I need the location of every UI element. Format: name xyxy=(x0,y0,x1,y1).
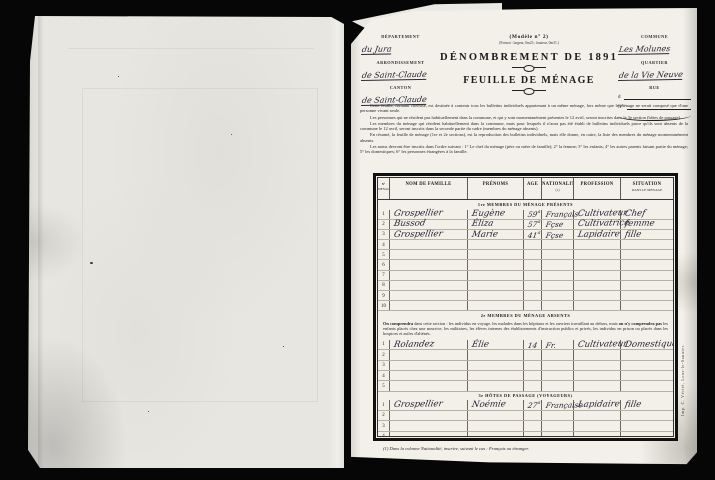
format-note: (Format : largeur, 0m23 ; hauteur, 0m31.… xyxy=(440,41,618,45)
cell-age xyxy=(524,432,542,438)
ornament-divider xyxy=(512,65,546,70)
table-row: 3 xyxy=(378,421,673,431)
cell-firstname xyxy=(468,350,524,359)
cell-profession: Cultivatrice xyxy=(574,220,621,229)
cell-situation xyxy=(621,240,673,249)
cell-age xyxy=(524,240,542,249)
cell-situation: Domestique xyxy=(621,340,673,349)
table-row: 9 xyxy=(378,291,673,301)
cell-situation xyxy=(621,432,673,438)
column-header-label: PRÉNOMS xyxy=(468,182,523,187)
age-unit: a xyxy=(537,210,541,215)
cell-profession xyxy=(574,250,621,259)
cell-firstname: Marie xyxy=(468,230,524,239)
column-header-label: N° xyxy=(378,182,389,186)
handwritten-nationality: Fçse xyxy=(545,230,564,239)
cell-situation xyxy=(621,250,673,259)
row-number-cell: 10 xyxy=(378,301,390,310)
cell-profession xyxy=(574,421,621,430)
cell-nationality: Fr. xyxy=(542,340,574,349)
instruction-paragraph: En résumé, la feuille de ménage (1re et … xyxy=(360,132,688,143)
cell-profession: Lapidaire xyxy=(574,400,621,409)
cell-firstname: Eugène xyxy=(468,210,524,219)
table-row: 2BussodÉliza57aFçseCultivatricefemme xyxy=(378,220,673,230)
cell-situation xyxy=(621,271,673,280)
cell-nationality xyxy=(542,361,574,370)
cell-profession: Cultivateur xyxy=(574,210,621,219)
cell-firstname xyxy=(468,371,524,380)
cell-nationality xyxy=(542,291,574,300)
street-letter-field: d xyxy=(618,93,691,100)
cell-nationality: Fçse xyxy=(542,230,574,239)
cell-profession xyxy=(574,281,621,290)
table-row: 2 xyxy=(378,411,673,421)
cell-firstname xyxy=(468,381,524,390)
handwritten-firstname: Éliza xyxy=(471,220,494,229)
handwritten-nationality: Français xyxy=(545,210,579,220)
cell-name xyxy=(390,371,468,380)
column-header-label: SITUATION xyxy=(621,182,673,187)
commune-field: COMMUNE Les Molunes xyxy=(618,34,691,57)
cell-age xyxy=(524,250,542,259)
age-unit: a xyxy=(537,220,541,225)
cell-age xyxy=(524,260,542,269)
cell-situation: fille xyxy=(621,230,673,239)
census-form-page: DÉPARTEMENT du Jura ARRONDISSEMENT de Sa… xyxy=(351,8,697,466)
handwritten-profession: Cultivateur xyxy=(577,340,628,350)
cell-age xyxy=(524,281,542,290)
cell-profession xyxy=(574,381,621,390)
cell-nationality xyxy=(542,381,574,390)
column-header: AGE xyxy=(524,178,542,199)
cell-name xyxy=(390,250,468,259)
row-number-cell: 2 xyxy=(378,411,390,420)
cell-nationality xyxy=(542,250,574,259)
cell-name xyxy=(390,381,468,390)
cell-nationality xyxy=(542,240,574,249)
row-number-cell: 1 xyxy=(378,340,390,349)
table-row: 6 xyxy=(378,260,673,270)
cell-profession xyxy=(574,361,621,370)
table-row: 7 xyxy=(378,271,673,281)
column-header-label: NOM DE FAMILLE xyxy=(390,182,467,187)
cell-profession xyxy=(574,240,621,249)
table-row: 4 xyxy=(378,371,673,381)
cell-profession xyxy=(574,350,621,359)
cell-name xyxy=(390,350,468,359)
cell-situation xyxy=(621,281,673,290)
cell-situation xyxy=(621,361,673,370)
row-number-cell: 9 xyxy=(378,291,390,300)
handwritten-age: 57a xyxy=(527,218,541,229)
show-through-line xyxy=(68,48,314,49)
census-table-inner: N°MÉNAGENOM DE FAMILLEPRÉNOMSAGENATIONAL… xyxy=(377,177,674,437)
cell-firstname: Élie xyxy=(468,340,524,349)
header-right-block: COMMUNE Les Molunes QUARTIER de la Vie N… xyxy=(618,34,693,104)
printer-imprint: Imp. C. Vérité, Lons-le-Saunier. xyxy=(680,246,685,416)
column-header: NATIONALITÉ(1) xyxy=(542,178,574,199)
cell-age xyxy=(524,381,542,390)
left-blank-page xyxy=(28,16,344,468)
cell-name xyxy=(390,271,468,280)
cell-firstname xyxy=(468,432,524,438)
cell-name: Grospellier xyxy=(390,400,468,409)
blank-line xyxy=(624,93,691,100)
instruction-paragraph: Les membres du ménage qui résident habit… xyxy=(360,121,688,132)
cell-name xyxy=(390,260,468,269)
handwritten-name: Grospellier xyxy=(393,230,443,240)
table-row: 4 xyxy=(378,240,673,250)
cell-name xyxy=(390,281,468,290)
cell-firstname xyxy=(468,361,524,370)
age-unit: a xyxy=(537,230,541,235)
cell-situation xyxy=(621,411,673,420)
cell-nationality xyxy=(542,371,574,380)
table-row: 4 xyxy=(378,432,673,438)
row-number-cell: 1 xyxy=(378,400,390,409)
table-row: 5 xyxy=(378,381,673,391)
cell-situation xyxy=(621,260,673,269)
section-note: On comprendra dans cette section : les i… xyxy=(378,320,673,340)
cell-name: Grospellier xyxy=(390,230,468,239)
row-number-cell: 8 xyxy=(378,281,390,290)
commune-value: Les Molunes xyxy=(618,44,671,55)
cell-profession: Lapidaire xyxy=(574,230,621,239)
row-number-cell: 1 xyxy=(378,210,390,219)
row-number-cell: 5 xyxy=(378,250,390,259)
paper-crease xyxy=(38,16,44,468)
cell-nationality xyxy=(542,411,574,420)
cell-name: Grospellier xyxy=(390,210,468,219)
column-header: PRÉNOMS xyxy=(468,178,524,199)
table-row: 1RolandezÉlie14Fr.CultivateurDomestique xyxy=(378,340,673,350)
handwritten-age: 41a xyxy=(527,228,541,239)
cell-firstname xyxy=(468,301,524,310)
table-row: 3GrospellierMarie41aFçseLapidairefille xyxy=(378,230,673,240)
departement-field: DÉPARTEMENT du Jura xyxy=(361,34,440,57)
cell-nationality: Fçse xyxy=(542,220,574,229)
form-header: DÉPARTEMENT du Jura ARRONDISSEMENT de Sa… xyxy=(357,34,693,104)
column-header-subline: DANS LE MÉNAGE xyxy=(621,188,673,192)
cell-name xyxy=(390,432,468,438)
cell-age xyxy=(524,271,542,280)
header-center-block: (Modèle n° 2) (Format : largeur, 0m23 ; … xyxy=(440,34,618,104)
cell-firstname: Noémie xyxy=(468,400,524,409)
row-number-cell: 2 xyxy=(378,350,390,359)
row-number-cell: 7 xyxy=(378,271,390,280)
cell-firstname xyxy=(468,240,524,249)
cell-age xyxy=(524,350,542,359)
column-header-label: PROFESSION xyxy=(574,182,620,187)
age-unit: a xyxy=(537,401,541,406)
cell-situation: fille xyxy=(621,400,673,409)
cell-nationality xyxy=(542,432,574,438)
row-number-cell: 2 xyxy=(378,220,390,229)
cell-name xyxy=(390,301,468,310)
table-row: 3 xyxy=(378,361,673,371)
column-header-label: NATIONALITÉ xyxy=(542,182,573,187)
row-number-cell: 5 xyxy=(378,381,390,390)
column-header-subline: (1) xyxy=(542,188,573,192)
arrondissement-value: de Saint-Claude xyxy=(361,69,428,80)
cell-firstname xyxy=(468,281,524,290)
form-subtitle: FEUILLE DE MÉNAGE xyxy=(440,75,618,86)
column-header-subline: MÉNAGE xyxy=(378,187,389,191)
model-number: (Modèle n° 2) xyxy=(440,34,618,40)
section-title: 2e MEMBRES DU MÉNAGE ABSENTS xyxy=(378,311,673,320)
row-number-cell: 3 xyxy=(378,421,390,430)
row-number-cell: 3 xyxy=(378,361,390,370)
row-number-cell: 4 xyxy=(378,371,390,380)
table-header-row: N°MÉNAGENOM DE FAMILLEPRÉNOMSAGENATIONAL… xyxy=(378,178,673,200)
table-row: 10 xyxy=(378,301,673,311)
row-number-cell: 3 xyxy=(378,230,390,239)
instruction-paragraph: Cette feuille, formant chemise, est dest… xyxy=(360,103,688,114)
cell-firstname xyxy=(468,271,524,280)
handwritten-age: 14 xyxy=(527,341,538,350)
handwritten-name: Grospellier xyxy=(393,400,443,410)
column-header: N°MÉNAGE xyxy=(378,178,390,199)
cell-profession xyxy=(574,260,621,269)
canton-label: CANTON xyxy=(361,85,440,90)
cell-firstname xyxy=(468,250,524,259)
census-table: N°MÉNAGENOM DE FAMILLEPRÉNOMSAGENATIONAL… xyxy=(373,173,678,441)
cell-nationality xyxy=(542,301,574,310)
cell-name: Bussod xyxy=(390,220,468,229)
instruction-paragraph: Les noms devront être inscrits dans l'or… xyxy=(360,144,688,155)
handwritten-nationality: Fçse xyxy=(545,220,564,229)
handwritten-age: 27a xyxy=(527,399,541,410)
handwritten-name: Rolandez xyxy=(393,340,435,350)
cell-age xyxy=(524,301,542,310)
cell-name xyxy=(390,421,468,430)
cell-situation xyxy=(621,371,673,380)
cell-name xyxy=(390,240,468,249)
cell-name xyxy=(390,291,468,300)
cell-profession xyxy=(574,271,621,280)
ink-speck xyxy=(118,76,119,77)
cell-nationality xyxy=(542,350,574,359)
cell-age xyxy=(524,411,542,420)
quartier-value: de la Vie Neuve xyxy=(618,69,684,80)
row-number-cell: 6 xyxy=(378,260,390,269)
handwritten-situation: fille xyxy=(624,230,642,239)
departement-value: du Jura xyxy=(361,44,392,55)
form-title: DÉNOMBREMENT DE 1891 xyxy=(440,52,618,63)
cell-age: 27a xyxy=(524,400,542,409)
handwritten-firstname: Noémie xyxy=(471,401,506,411)
cell-nationality xyxy=(542,271,574,280)
cell-nationality xyxy=(542,281,574,290)
table-row: 1GrospellierNoémie27aFrançaiseLapidairef… xyxy=(378,400,673,410)
handwritten-nationality: Fr. xyxy=(545,341,557,350)
column-header-label: AGE xyxy=(524,182,541,187)
instruction-paragraph: Les personnes qui ne résident pas habitu… xyxy=(360,115,688,120)
cell-age: 14 xyxy=(524,340,542,349)
cell-nationality xyxy=(542,260,574,269)
cell-firstname xyxy=(468,260,524,269)
arrondissement-field: ARRONDISSEMENT de Saint-Claude xyxy=(361,60,440,83)
cell-nationality: Français xyxy=(542,210,574,219)
table-row: 8 xyxy=(378,281,673,291)
table-row: 5 xyxy=(378,250,673,260)
cell-age: 41a xyxy=(524,230,542,239)
handwritten-profession: Cultivatrice xyxy=(577,219,630,229)
cell-firstname xyxy=(468,411,524,420)
cell-situation xyxy=(621,381,673,390)
handwritten-profession: Lapidaire xyxy=(577,230,620,240)
cell-profession xyxy=(574,291,621,300)
row-number-cell: 4 xyxy=(378,240,390,249)
header-left-block: DÉPARTEMENT du Jura ARRONDISSEMENT de Sa… xyxy=(357,34,440,104)
quartier-field: QUARTIER de la Vie Neuve xyxy=(618,60,691,83)
column-header: PROFESSION xyxy=(574,178,621,199)
cell-name: Rolandez xyxy=(390,340,468,349)
ornament-divider xyxy=(512,88,546,93)
cell-firstname: Éliza xyxy=(468,220,524,229)
table-row: 2 xyxy=(378,350,673,360)
show-through-box xyxy=(82,88,318,402)
handwritten-situation: femme xyxy=(624,220,655,230)
cell-profession xyxy=(574,301,621,310)
departement-label: DÉPARTEMENT xyxy=(361,34,440,39)
column-header: SITUATIONDANS LE MÉNAGE xyxy=(621,178,673,199)
cell-situation xyxy=(621,301,673,310)
cell-situation xyxy=(621,350,673,359)
column-header: NOM DE FAMILLE xyxy=(390,178,468,199)
ink-speck xyxy=(148,411,149,412)
rue-label: RUE xyxy=(618,85,691,90)
nationality-footnote: (1) Dans la colonne Nationalité, inscrir… xyxy=(383,446,529,451)
row-number-cell: 4 xyxy=(378,432,390,438)
cell-profession xyxy=(574,371,621,380)
cell-situation: femme xyxy=(621,220,673,229)
cell-profession xyxy=(574,411,621,420)
cell-age xyxy=(524,291,542,300)
cell-age xyxy=(524,371,542,380)
cell-nationality: Française xyxy=(542,400,574,409)
cell-profession xyxy=(574,432,621,438)
cell-name xyxy=(390,411,468,420)
cell-age: 57a xyxy=(524,220,542,229)
cell-profession: Cultivateur xyxy=(574,340,621,349)
cell-situation xyxy=(621,421,673,430)
handwritten-firstname: Élie xyxy=(471,340,490,349)
handwritten-situation: fille xyxy=(624,401,642,410)
cell-firstname xyxy=(468,421,524,430)
quartier-label: QUARTIER xyxy=(618,60,691,65)
cell-firstname xyxy=(468,291,524,300)
handwritten-firstname: Marie xyxy=(471,230,499,239)
cell-name xyxy=(390,361,468,370)
cell-age xyxy=(524,421,542,430)
cell-nationality xyxy=(542,421,574,430)
instructions-text: Cette feuille, formant chemise, est dest… xyxy=(360,103,688,156)
cell-situation xyxy=(621,291,673,300)
arrondissement-label: ARRONDISSEMENT xyxy=(361,60,440,65)
handwritten-profession: Lapidaire xyxy=(577,400,620,410)
handwritten-situation: Domestique xyxy=(624,340,674,350)
street-letter-label: d xyxy=(618,95,621,100)
cell-age xyxy=(524,361,542,370)
commune-label: COMMUNE xyxy=(618,34,691,39)
handwritten-name: Bussod xyxy=(393,220,426,230)
